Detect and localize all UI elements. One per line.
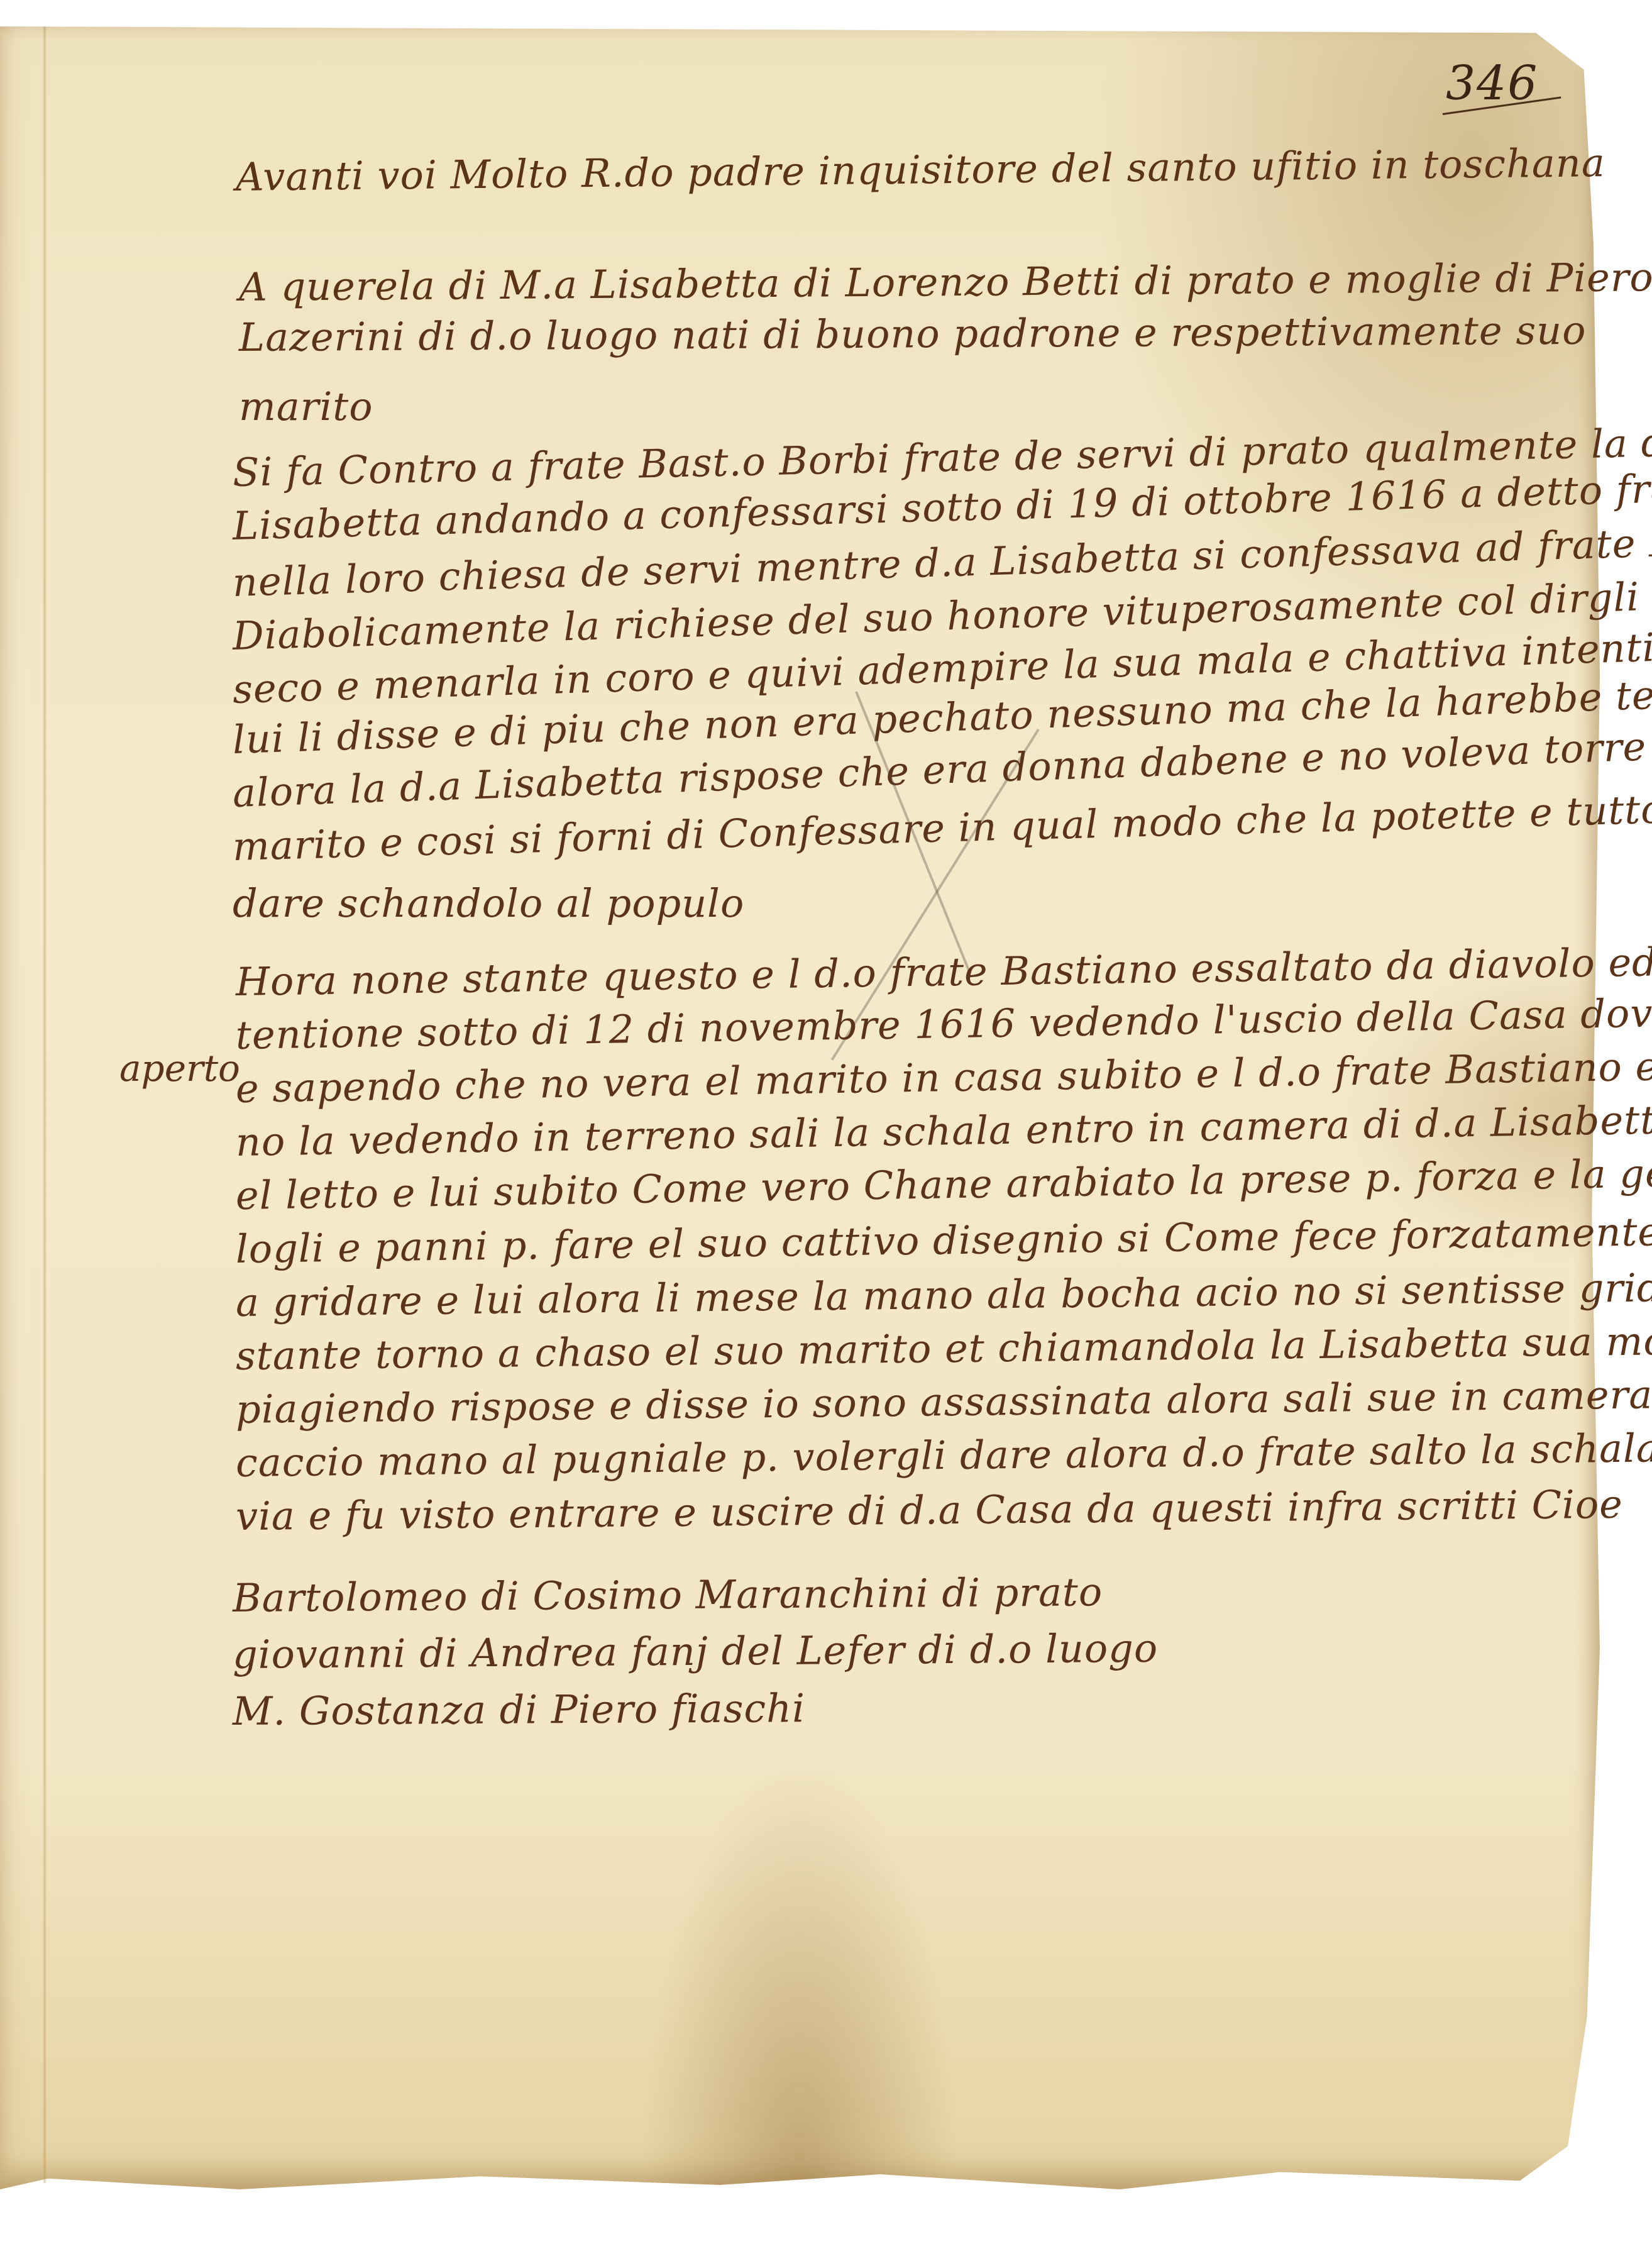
querela-line: marito — [239, 384, 373, 429]
margin-note: aperto — [119, 1047, 240, 1090]
accusation-line: dare schandolo al populo — [233, 880, 744, 926]
witness-entry: Bartolomeo di Cosimo Maranchini di prato — [233, 1569, 1103, 1621]
page-fold-crease — [43, 26, 47, 2183]
witness-entry: M. Gostanza di Piero fiaschi — [233, 1685, 805, 1734]
witness-entry: giovanni di Andrea fanj del Lefer di d.o… — [233, 1625, 1159, 1678]
querela-line: Lazerini di d.o luogo nati di buono padr… — [239, 307, 1587, 360]
